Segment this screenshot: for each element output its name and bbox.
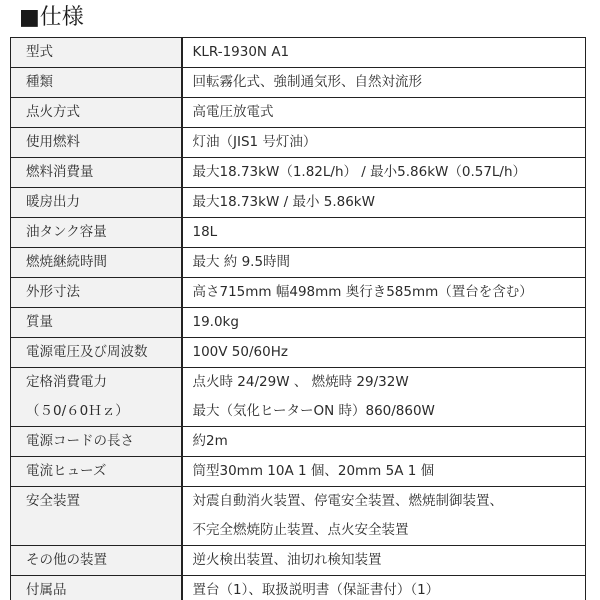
spec-label-line: 定格消費電力 bbox=[26, 368, 181, 397]
spec-label: 油タンク容量 bbox=[11, 218, 182, 248]
spec-row-other-devices: その他の装置 逆火検出装置、油切れ検知装置 bbox=[11, 546, 586, 576]
spec-row-fuel-consumption: 燃料消費量 最大18.73kW（1.82L/h） / 最小5.86kW（0.57… bbox=[11, 158, 586, 188]
spec-row-fuel: 使用燃料 灯油（JIS1 号灯油） bbox=[11, 128, 586, 158]
section-heading: ■仕様 bbox=[19, 4, 84, 32]
spec-row-burn-time: 燃焼継続時間 最大 約 9.5時間 bbox=[11, 248, 586, 278]
spec-value-line: 不完全燃焼防止装置、点火安全装置 bbox=[193, 516, 586, 545]
spec-value: 逆火検出装置、油切れ検知装置 bbox=[182, 546, 586, 576]
spec-value: 灯油（JIS1 号灯油） bbox=[182, 128, 586, 158]
spec-row-heating-output: 暖房出力 最大18.73kW / 最小 5.86kW bbox=[11, 188, 586, 218]
spec-value: 筒型30mm 10A 1 個、20mm 5A 1 個 bbox=[182, 457, 586, 487]
spec-label: 種類 bbox=[11, 68, 182, 98]
spec-row-power-supply: 電源電圧及び周波数 100V 50/60Hz bbox=[11, 338, 586, 368]
spec-label-line: （５0/６0Ｈｚ） bbox=[26, 397, 181, 426]
spec-label-line: 安全装置 bbox=[26, 487, 181, 516]
spec-row-accessories: 付属品 置台（1）、取扱説明書（保証書付）（1） bbox=[11, 576, 586, 600]
spec-value: 点火時 24/29W 、 燃焼時 29/32W 最大（気化ヒーターON 時）86… bbox=[182, 368, 586, 427]
spec-value: KLR-1930N A1 bbox=[182, 38, 586, 68]
spec-value-line: 点火時 24/29W 、 燃焼時 29/32W bbox=[193, 368, 586, 397]
spec-label: 外形寸法 bbox=[11, 278, 182, 308]
spec-value: 19.0kg bbox=[182, 308, 586, 338]
spec-table: 型式 KLR-1930N A1 種類 回転霧化式、強制通気形、自然対流形 点火方… bbox=[10, 37, 586, 600]
spec-value: 18L bbox=[182, 218, 586, 248]
spec-label: 付属品 bbox=[11, 576, 182, 600]
spec-value: 最大18.73kW / 最小 5.86kW bbox=[182, 188, 586, 218]
spec-value: 対震自動消火装置、停電安全装置、燃焼制御装置、 不完全燃焼防止装置、点火安全装置 bbox=[182, 487, 586, 546]
spec-label: 燃焼継続時間 bbox=[11, 248, 182, 278]
spec-row-rated-power: 定格消費電力 （５0/６0Ｈｚ） 点火時 24/29W 、 燃焼時 29/32W… bbox=[11, 368, 586, 427]
spec-row-fuse: 電流ヒューズ 筒型30mm 10A 1 個、20mm 5A 1 個 bbox=[11, 457, 586, 487]
spec-label: 電流ヒューズ bbox=[11, 457, 182, 487]
spec-value: 最大 約 9.5時間 bbox=[182, 248, 586, 278]
spec-value: 置台（1）、取扱説明書（保証書付）（1） bbox=[182, 576, 586, 600]
spec-label: 点火方式 bbox=[11, 98, 182, 128]
spec-value: 100V 50/60Hz bbox=[182, 338, 586, 368]
spec-label: 暖房出力 bbox=[11, 188, 182, 218]
spec-label: 燃料消費量 bbox=[11, 158, 182, 188]
spec-value: 回転霧化式、強制通気形、自然対流形 bbox=[182, 68, 586, 98]
spec-label: 使用燃料 bbox=[11, 128, 182, 158]
spec-row-safety-devices: 安全装置 対震自動消火装置、停電安全装置、燃焼制御装置、 不完全燃焼防止装置、点… bbox=[11, 487, 586, 546]
spec-value: 高さ715mm 幅498mm 奥行き585mm（置台を含む） bbox=[182, 278, 586, 308]
spec-row-model: 型式 KLR-1930N A1 bbox=[11, 38, 586, 68]
spec-row-tank-capacity: 油タンク容量 18L bbox=[11, 218, 586, 248]
spec-value-line: 対震自動消火装置、停電安全装置、燃焼制御装置、 bbox=[193, 487, 586, 516]
spec-label: 型式 bbox=[11, 38, 182, 68]
spec-row-ignition: 点火方式 高電圧放電式 bbox=[11, 98, 586, 128]
spec-label: 質量 bbox=[11, 308, 182, 338]
spec-label: 定格消費電力 （５0/６0Ｈｚ） bbox=[11, 368, 182, 427]
spec-value-line: 最大（気化ヒーターON 時）860/860W bbox=[193, 397, 586, 426]
spec-row-dimensions: 外形寸法 高さ715mm 幅498mm 奥行き585mm（置台を含む） bbox=[11, 278, 586, 308]
spec-row-cord-length: 電源コードの長さ 約2m bbox=[11, 427, 586, 457]
spec-value: 高電圧放電式 bbox=[182, 98, 586, 128]
spec-label: その他の装置 bbox=[11, 546, 182, 576]
spec-label: 電源電圧及び周波数 bbox=[11, 338, 182, 368]
spec-row-type: 種類 回転霧化式、強制通気形、自然対流形 bbox=[11, 68, 586, 98]
spec-label: 電源コードの長さ bbox=[11, 427, 182, 457]
spec-value: 最大18.73kW（1.82L/h） / 最小5.86kW（0.57L/h） bbox=[182, 158, 586, 188]
spec-value: 約2m bbox=[182, 427, 586, 457]
spec-row-weight: 質量 19.0kg bbox=[11, 308, 586, 338]
spec-label: 安全装置 bbox=[11, 487, 182, 546]
